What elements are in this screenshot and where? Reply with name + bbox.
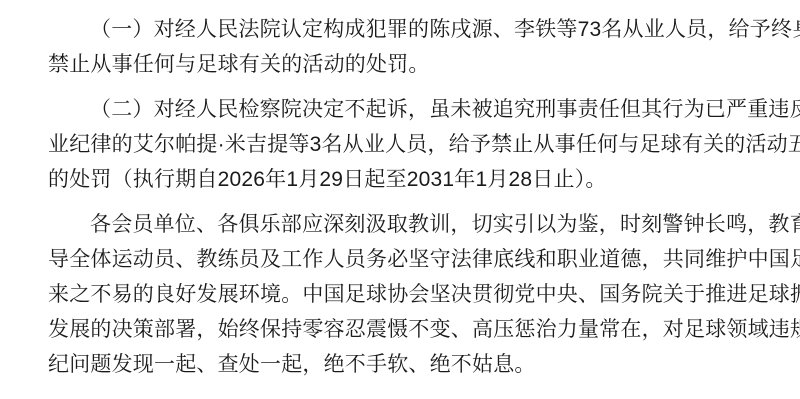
text-line: 导全体运动员、教练员及工作人员务必坚守法律底线和职业道德，共同维护中国足球 [48,242,786,277]
paragraph-item-1: （一）对经人民法院认定构成犯罪的陈戌源、李铁等73名从业人员，给予终身 禁止从事… [48,12,786,82]
text-line: （二）对经人民检察院决定不起诉，虽未被追究刑事责任但其行为已严重违反行 [48,92,786,127]
text-line: 发展的决策部署，始终保持零容忍震慑不变、高压惩治力量常在，对足球领域违规违 [48,312,786,347]
text-line: 各会员单位、各俱乐部应深刻汲取教训，切实引以为鉴，时刻警钟长鸣，教育引 [48,207,786,242]
text-line: 禁止从事任何与足球有关的活动的处罚。 [48,47,786,82]
document-body: （一）对经人民法院认定构成犯罪的陈戌源、李铁等73名从业人员，给予终身 禁止从事… [0,0,800,382]
paragraph-conclusion: 各会员单位、各俱乐部应深刻汲取教训，切实引以为鉴，时刻警钟长鸣，教育引 导全体运… [48,207,786,382]
text-line: 纪问题发现一起、查处一起，绝不手软、绝不姑息。 [48,347,786,382]
document-page: （一）对经人民法院认定构成犯罪的陈戌源、李铁等73名从业人员，给予终身 禁止从事… [0,0,800,399]
text-line: 来之不易的良好发展环境。中国足球协会坚决贯彻党中央、国务院关于推进足球振兴 [48,277,786,312]
paragraph-item-2: （二）对经人民检察院决定不起诉，虽未被追究刑事责任但其行为已严重违反行 业纪律的… [48,92,786,197]
text-line: （一）对经人民法院认定构成犯罪的陈戌源、李铁等73名从业人员，给予终身 [48,12,786,47]
text-line: 业纪律的艾尔帕提·米吉提等3名从业人员，给予禁止从事任何与足球有关的活动五年 [48,127,786,162]
text-line: 的处罚（执行期自2026年1月29日起至2031年1月28日止）。 [48,162,786,197]
